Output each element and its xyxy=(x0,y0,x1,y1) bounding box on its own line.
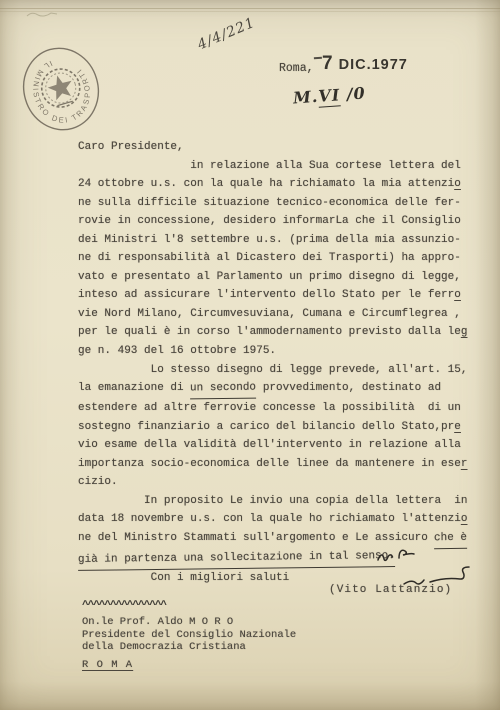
place-line: Roma, xyxy=(279,62,314,75)
typed-text: inteso ad assicurare l'intervento dello … xyxy=(78,289,454,301)
protocol-prefix: M. xyxy=(292,87,319,108)
body-line: Caro Presidente, xyxy=(78,138,467,157)
body-line: Lo stesso disegno di legge prevede, all'… xyxy=(78,361,467,380)
body-line: la emanazione di un secondo provvediment… xyxy=(78,379,467,399)
date-stamp: 7 DIC.1977 xyxy=(322,53,408,75)
stamp-tick xyxy=(314,57,322,63)
body-line: data 18 novembre u.s. con la quale ho ri… xyxy=(78,510,467,529)
protocol-suffix: /0 xyxy=(339,83,366,104)
body-line: 24 ottobre u.s. con la quale ha richiama… xyxy=(78,175,467,194)
pencil-mark xyxy=(24,8,60,22)
underlined-text: o xyxy=(461,513,468,525)
body-line: cizio. xyxy=(78,473,467,492)
body-line: in relazione alla Sua cortese lettera de… xyxy=(78,157,467,176)
body-line: In proposito Le invio una copia della le… xyxy=(78,492,467,511)
paper-crease xyxy=(0,11,500,12)
body-line: estendere ad altre ferrovie concesse la … xyxy=(78,399,467,418)
underlined-text: o xyxy=(454,289,461,301)
protocol-underlined: VI xyxy=(318,85,341,107)
typed-text: Lo stesso disegno di legge prevede, all'… xyxy=(151,364,468,376)
recipient-block: On.le Prof. Aldo M O R OPresidente del C… xyxy=(82,616,296,654)
protocol-annotation: M.VI /0 xyxy=(292,83,366,107)
body-line: vato e presentato al Parlamento un primo… xyxy=(78,268,467,287)
recipient-line: Presidente del Consiglio Nazionale xyxy=(82,629,296,642)
typed-text: cizio. xyxy=(78,476,118,488)
underlined-text: un secondo xyxy=(190,379,256,400)
typed-text: In proposito Le invio una copia della le… xyxy=(144,495,467,507)
typed-text: ne del Ministro Stammati sull'argomento … xyxy=(78,532,434,544)
typed-text: data 18 novembre u.s. con la quale ho ri… xyxy=(78,513,461,525)
typed-text: 24 ottobre u.s. con la quale ha richiama… xyxy=(78,178,454,190)
typed-text: estendere ad altre ferrovie concesse la … xyxy=(78,402,461,414)
ministry-seal-icon: IL MINISTRO DEI TRASPORTI xyxy=(10,36,113,141)
typed-text: provvedimento, destinato ad xyxy=(256,382,441,394)
recipient-divider: ^^^^^^^^^^^^^^^ xyxy=(82,600,166,612)
body-line: ge n. 493 del 16 ottobre 1975. xyxy=(78,342,467,361)
typed-text: rovie in concessione, desidero informarL… xyxy=(78,215,461,227)
underlined-text: già in partenza una sollecitazione in ta… xyxy=(78,547,395,571)
body-line: sostegno finanziario a carico del bilanc… xyxy=(78,418,467,437)
body-line: inteso ad assicurare l'intervento dello … xyxy=(78,286,467,305)
typed-text: Con i migliori saluti xyxy=(151,572,290,584)
typed-text: in relazione alla Sua cortese lettera de… xyxy=(190,160,461,172)
typed-text: importanza socio-economica delle linee d… xyxy=(78,458,461,470)
body-line: vie Nord Milano, Circumvesuviana, Cumana… xyxy=(78,305,467,324)
body-line: importanza socio-economica delle linee d… xyxy=(78,455,467,474)
body-line: ne di responsabilità al Dicastero dei Tr… xyxy=(78,249,467,268)
typed-text: vato e presentato al Parlamento un primo… xyxy=(78,271,461,283)
underlined-text: g xyxy=(461,326,468,338)
body-line: ne sulla difficile situazione tecnico-ec… xyxy=(78,194,467,213)
typed-text: vie Nord Milano, Circumvesuviana, Cumana… xyxy=(78,308,461,320)
typed-text: per le quali è in corso l'ammodernamento… xyxy=(78,326,461,338)
underlined-text: e xyxy=(454,421,461,433)
scanned-letter-page: IL MINISTRO DEI TRASPORTI 4/4/221 Roma, … xyxy=(0,0,500,710)
signature-name: (Vito Lattanzio) xyxy=(329,584,452,596)
body-line: per le quali è in corso l'ammodernamento… xyxy=(78,323,467,342)
underlined-text: o xyxy=(454,178,461,190)
recipient-line: On.le Prof. Aldo M O R O xyxy=(82,616,296,629)
underlined-text: r xyxy=(461,458,468,470)
typed-text: sostegno finanziario a carico del bilanc… xyxy=(78,421,454,433)
letter-body: Caro Presidente, in relazione alla Sua c… xyxy=(78,138,467,588)
body-line: rovie in concessione, desidero informarL… xyxy=(78,212,467,231)
body-line: vio esame della validità dell'intervento… xyxy=(78,436,467,455)
typed-text: ne sulla difficile situazione tecnico-ec… xyxy=(78,197,461,209)
typed-text: ge n. 493 del 16 ottobre 1975. xyxy=(78,345,276,357)
body-line: dei Ministri l'8 settembre u.s. (prima d… xyxy=(78,231,467,250)
typed-text: Caro Presidente, xyxy=(78,141,184,153)
typed-text: dei Ministri l'8 settembre u.s. (prima d… xyxy=(78,234,461,246)
file-number-annotation: 4/4/221 xyxy=(195,15,257,54)
typed-text: la emanazione di xyxy=(78,382,190,394)
recipient-line: della Democrazia Cristiana xyxy=(82,641,296,654)
typed-text: ne di responsabilità al Dicastero dei Tr… xyxy=(78,252,461,264)
typed-text: vio esame della validità dell'intervento… xyxy=(78,439,461,451)
paper-crease xyxy=(0,8,500,9)
recipient-city: R O M A xyxy=(82,659,133,671)
